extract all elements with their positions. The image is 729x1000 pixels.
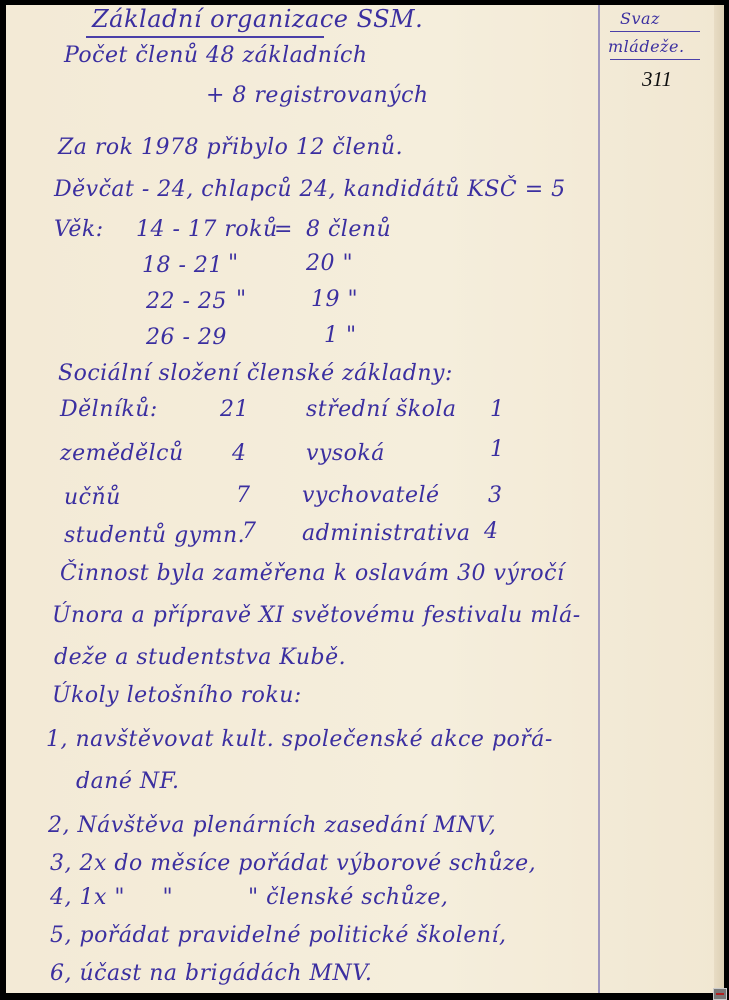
social-value-university: 1 (490, 437, 505, 462)
social-value-students: 7 (242, 519, 257, 544)
age-range-2: 18 - 21 (142, 253, 223, 278)
social-value-secondary: 1 (490, 397, 505, 422)
members-count-line: Počet členů 48 základních (64, 43, 368, 68)
social-label-students: studentů gymn. (64, 523, 245, 548)
task-1-continued: dané NF. (76, 769, 179, 794)
social-label-administration: administrativa (302, 521, 471, 546)
new-members-line: Za rok 1978 přibylo 12 členů. (58, 135, 403, 160)
tasks-heading: Úkoly letošního roku: (52, 683, 302, 708)
age-range-3: 22 - 25 (146, 289, 227, 314)
page-number: 311 (642, 67, 672, 92)
social-label-secondary: střední škola (306, 397, 456, 422)
window-restore-icon[interactable] (713, 988, 727, 1000)
social-label-educators: vychovatelé (302, 483, 440, 508)
task-2: 2, Návštěva plenárních zasedání MNV, (48, 813, 496, 838)
age-sep-1: = (274, 217, 293, 242)
social-label-farmers: zemědělců (60, 441, 184, 466)
title-underline (86, 36, 324, 38)
activity-line-1: Činnost byla zaměřena k oslavám 30 výroč… (60, 561, 565, 586)
age-sep-2: " (228, 251, 239, 276)
page-title: Základní organizace SSM. (92, 5, 423, 33)
age-count-1: 8 členů (306, 217, 391, 242)
side-header-underline2 (610, 59, 700, 60)
activity-line-3: deže a studentstva Kubě. (54, 645, 346, 670)
age-count-3: 19 " (311, 287, 358, 312)
side-header-line1: Svaz (620, 9, 660, 28)
side-header-underline1 (610, 31, 700, 32)
task-6: 6, účast na brigádách MNV. (50, 961, 372, 986)
gender-breakdown-line: Děvčat - 24, chlapců 24, kandidátů KSČ =… (54, 177, 566, 202)
age-range-4: 26 - 29 (146, 325, 227, 350)
age-sep-3: " (236, 287, 247, 312)
registered-count-line: + 8 registrovaných (206, 83, 429, 108)
social-label-workers: Dělníků: (60, 397, 158, 422)
social-label-apprentices: učňů (64, 485, 121, 510)
activity-line-2: Února a přípravě XI světovému festivalu … (52, 603, 581, 628)
page-edge (714, 5, 724, 993)
social-label-university: vysoká (306, 441, 385, 466)
age-count-4: 1 " (324, 323, 357, 348)
side-header-line2: mládeže. (608, 37, 685, 56)
age-label: Věk: (54, 217, 104, 242)
task-3: 3, 2x do měsíce pořádat výborové schůze, (50, 851, 536, 876)
task-1: 1, navštěvovat kult. společenské akce po… (46, 727, 553, 752)
social-heading: Sociální složení členské základny: (58, 361, 453, 386)
social-value-educators: 3 (488, 483, 503, 508)
margin-column-line (598, 5, 600, 993)
social-value-apprentices: 7 (236, 483, 251, 508)
age-range-1: 14 - 17 roků (136, 217, 278, 242)
task-4: 4, 1x " " " členské schůze, (50, 885, 448, 910)
task-5: 5, pořádat pravidelné politické školení, (50, 923, 507, 948)
ledger-page: Základní organizace SSM. Svaz mládeže. 3… (6, 5, 724, 993)
age-count-2: 20 " (306, 251, 353, 276)
social-value-administration: 4 (484, 519, 499, 544)
social-value-farmers: 4 (232, 441, 247, 466)
social-value-workers: 21 (220, 397, 249, 422)
